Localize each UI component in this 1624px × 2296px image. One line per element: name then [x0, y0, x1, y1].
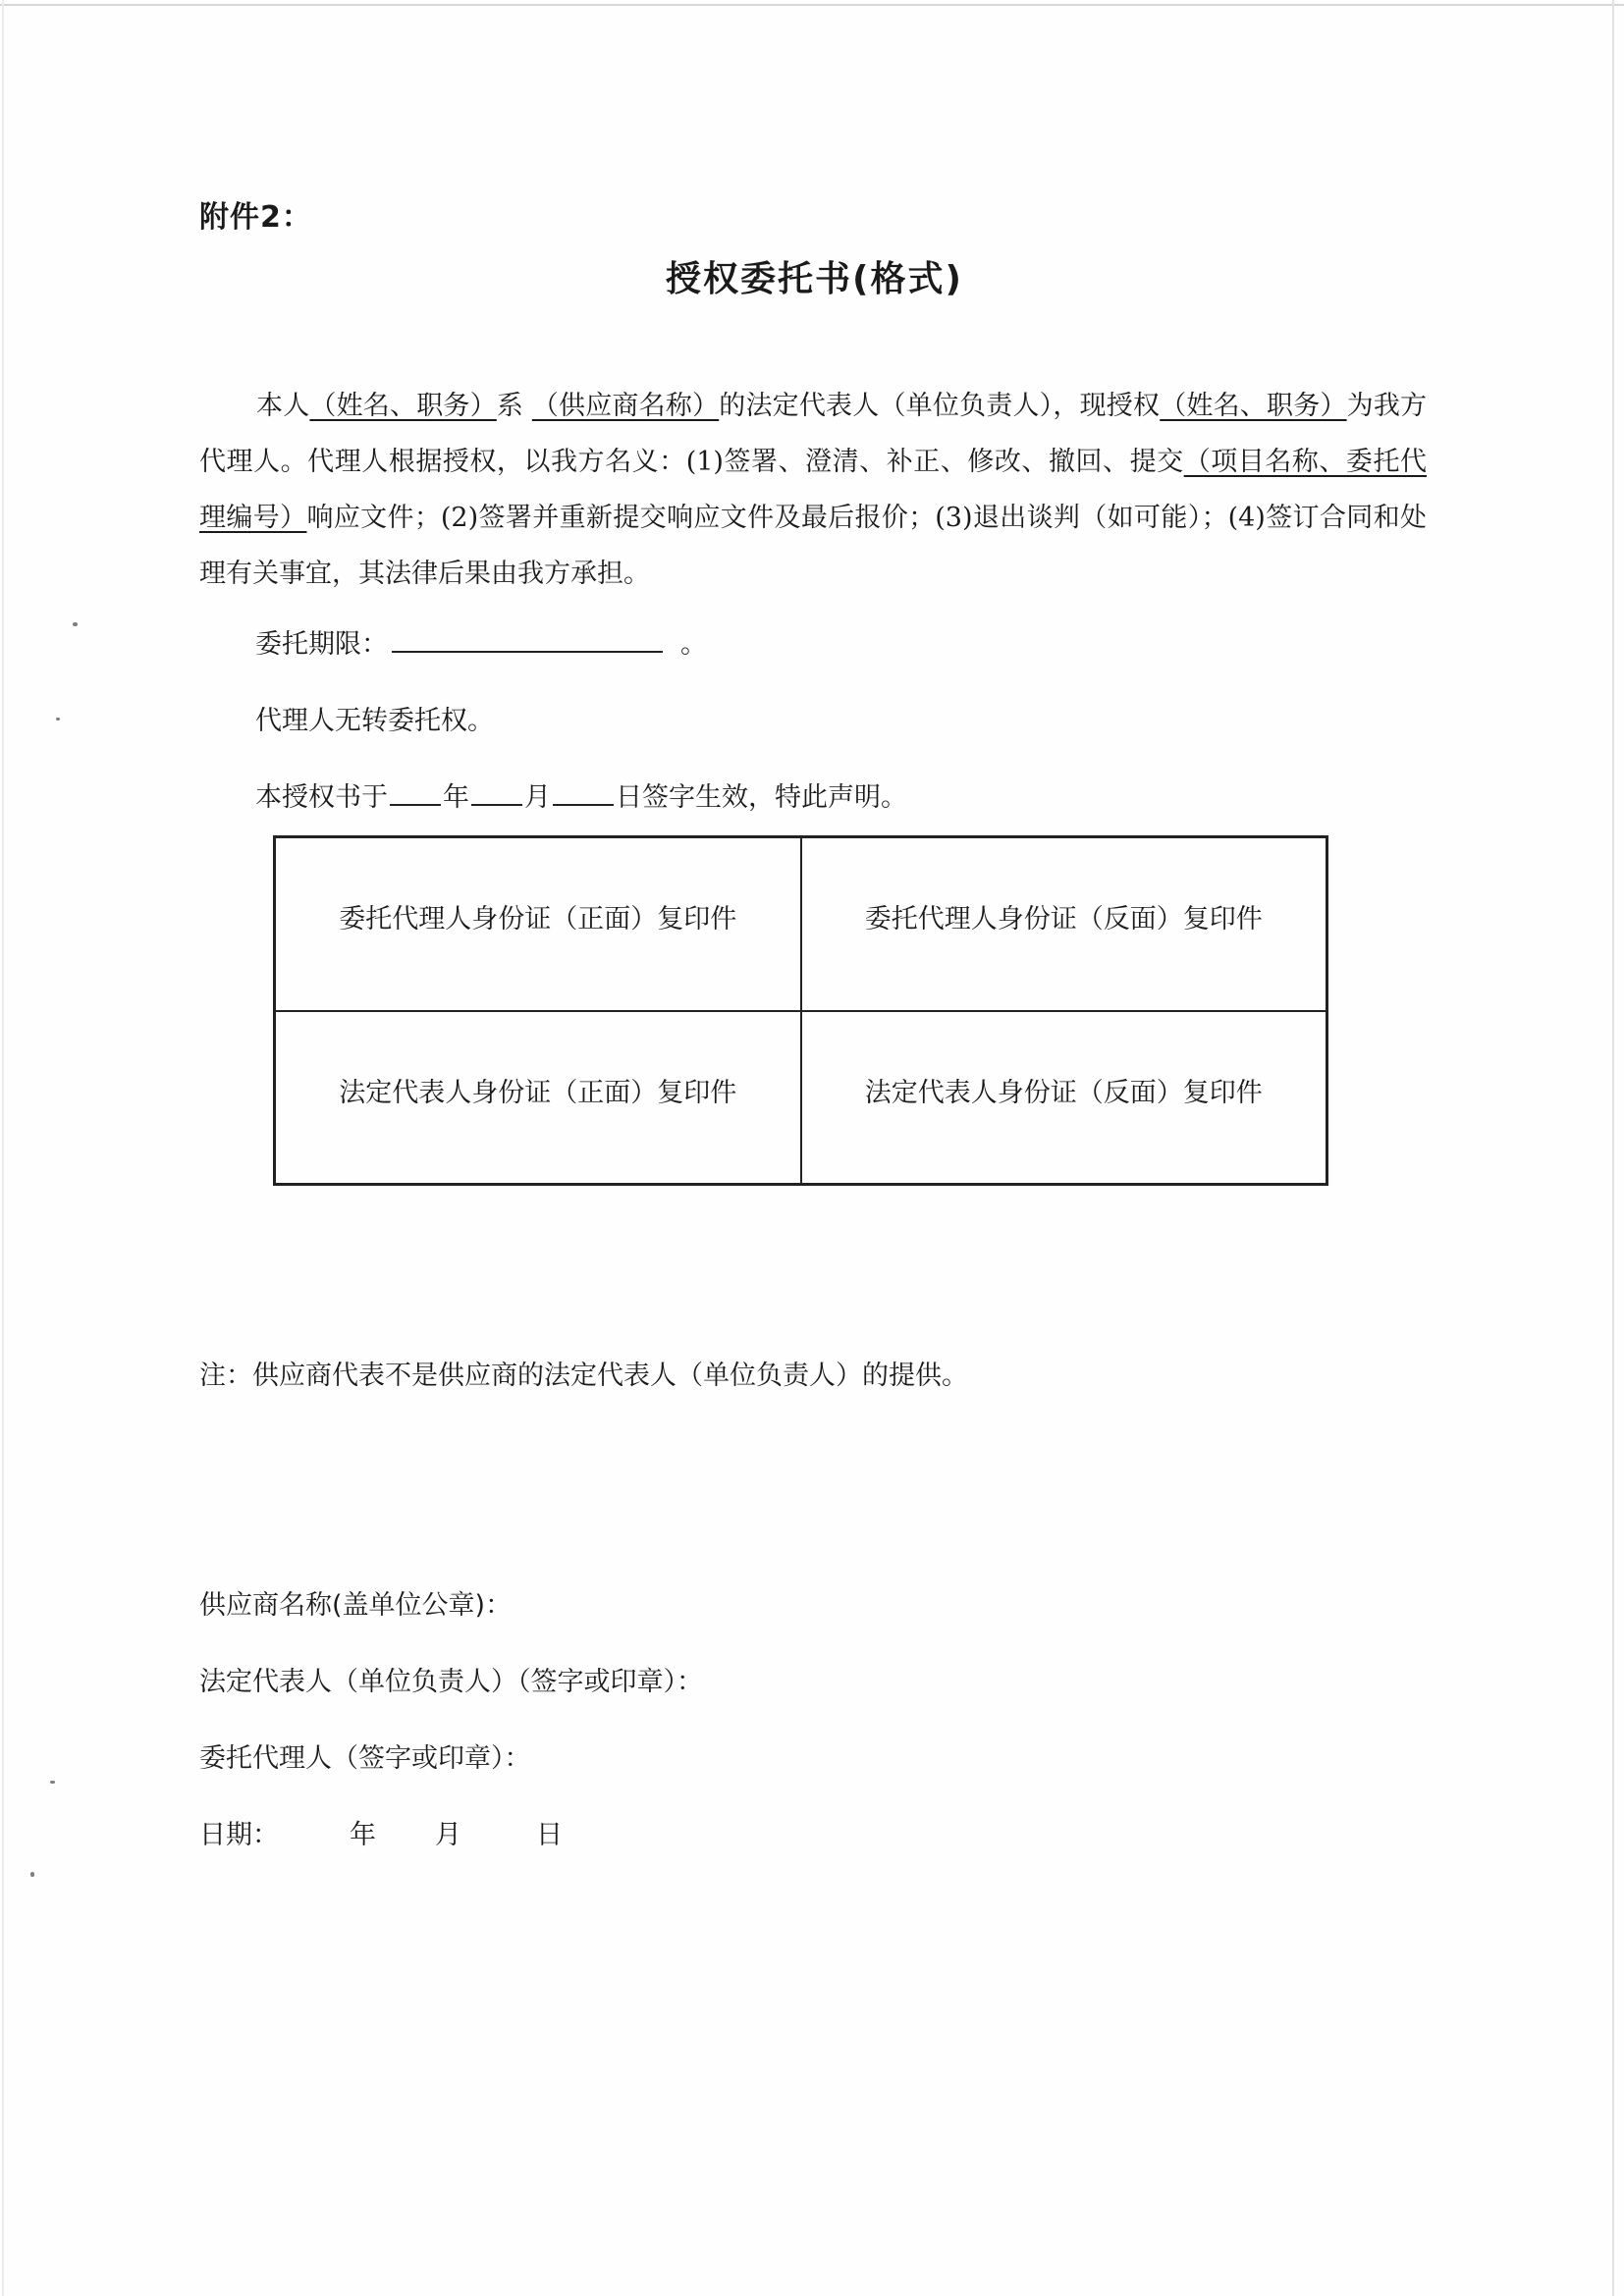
effective-suffix: 日签字生效，特此声明。 [616, 782, 907, 813]
attachment-label: 附件2： [199, 192, 312, 236]
date-year: 年 [350, 1820, 376, 1850]
scan-speck [30, 1872, 34, 1877]
scan-speck [56, 718, 60, 721]
note-text: 注：供应商代表不是供应商的法定代表人（单位负责人）的提供。 [199, 1354, 968, 1392]
scan-edge [1612, 0, 1614, 2296]
supplier-seal-line: 供应商名称(盖单位公章)： [199, 1583, 512, 1622]
term-end: 。 [680, 629, 707, 660]
table-row: 委托代理人身份证（正面）复印件 委托代理人身份证（反面）复印件 [275, 837, 1327, 1011]
document-title: 授权委托书(格式) [0, 251, 1624, 301]
agent-id-back-cell: 委托代理人身份证（反面）复印件 [801, 837, 1327, 1011]
table-row: 法定代表人身份证（正面）复印件 法定代表人身份证（反面）复印件 [275, 1011, 1327, 1185]
term-label: 委托期限： [255, 629, 388, 660]
scan-edge [0, 4, 1624, 6]
scan-speck [73, 622, 78, 626]
para-text: 的法定代表人（单位负责人），现授权 [719, 391, 1160, 421]
para-text: 本人 [256, 391, 309, 421]
effective-month: 月 [524, 782, 551, 813]
date-line: 日期：年月日 [199, 1813, 563, 1851]
title-text: 授权委托书(格式) [666, 251, 963, 301]
para-text: 响应文件；(2)签署并重新提交响应文件及最后报价；(3)退出谈判（如可能）；(4… [199, 503, 1427, 589]
date-day: 日 [536, 1820, 563, 1850]
no-subdelegation-line: 代理人无转委托权。 [255, 699, 494, 737]
authorization-paragraph: 本人（姓名、职务）系 （供应商名称）的法定代表人（单位负责人），现授权（姓名、职… [199, 378, 1427, 602]
para-text: 系 [497, 391, 532, 421]
id-copy-table: 委托代理人身份证（正面）复印件 委托代理人身份证（反面）复印件 法定代表人身份证… [273, 835, 1328, 1186]
month-blank [471, 782, 522, 806]
day-blank [553, 782, 614, 806]
effective-date-line: 本授权书于年月日签字生效，特此声明。 [255, 775, 907, 814]
term-line: 委托期限：。 [255, 622, 707, 661]
legal-rep-id-front-cell: 法定代表人身份证（正面）复印件 [275, 1011, 801, 1185]
year-blank [390, 782, 441, 806]
agent-id-front-cell: 委托代理人身份证（正面）复印件 [275, 837, 801, 1011]
scan-edge [2, 0, 4, 2296]
effective-prefix: 本授权书于 [255, 782, 388, 813]
date-month: 月 [435, 1820, 461, 1850]
date-label: 日期： [199, 1820, 279, 1850]
fill-field-name-title: （姓名、职务） [309, 391, 496, 421]
effective-year: 年 [443, 782, 469, 813]
term-blank [392, 629, 663, 653]
agent-signature-line: 委托代理人（签字或印章）： [199, 1736, 531, 1775]
fill-field-supplier-name: （供应商名称） [532, 391, 719, 421]
fill-field-agent-name-title: （姓名、职务） [1160, 391, 1346, 421]
scan-speck [50, 1781, 55, 1784]
legal-rep-id-back-cell: 法定代表人身份证（反面）复印件 [801, 1011, 1327, 1185]
legal-rep-signature-line: 法定代表人（单位负责人）（签字或印章）： [199, 1660, 703, 1698]
